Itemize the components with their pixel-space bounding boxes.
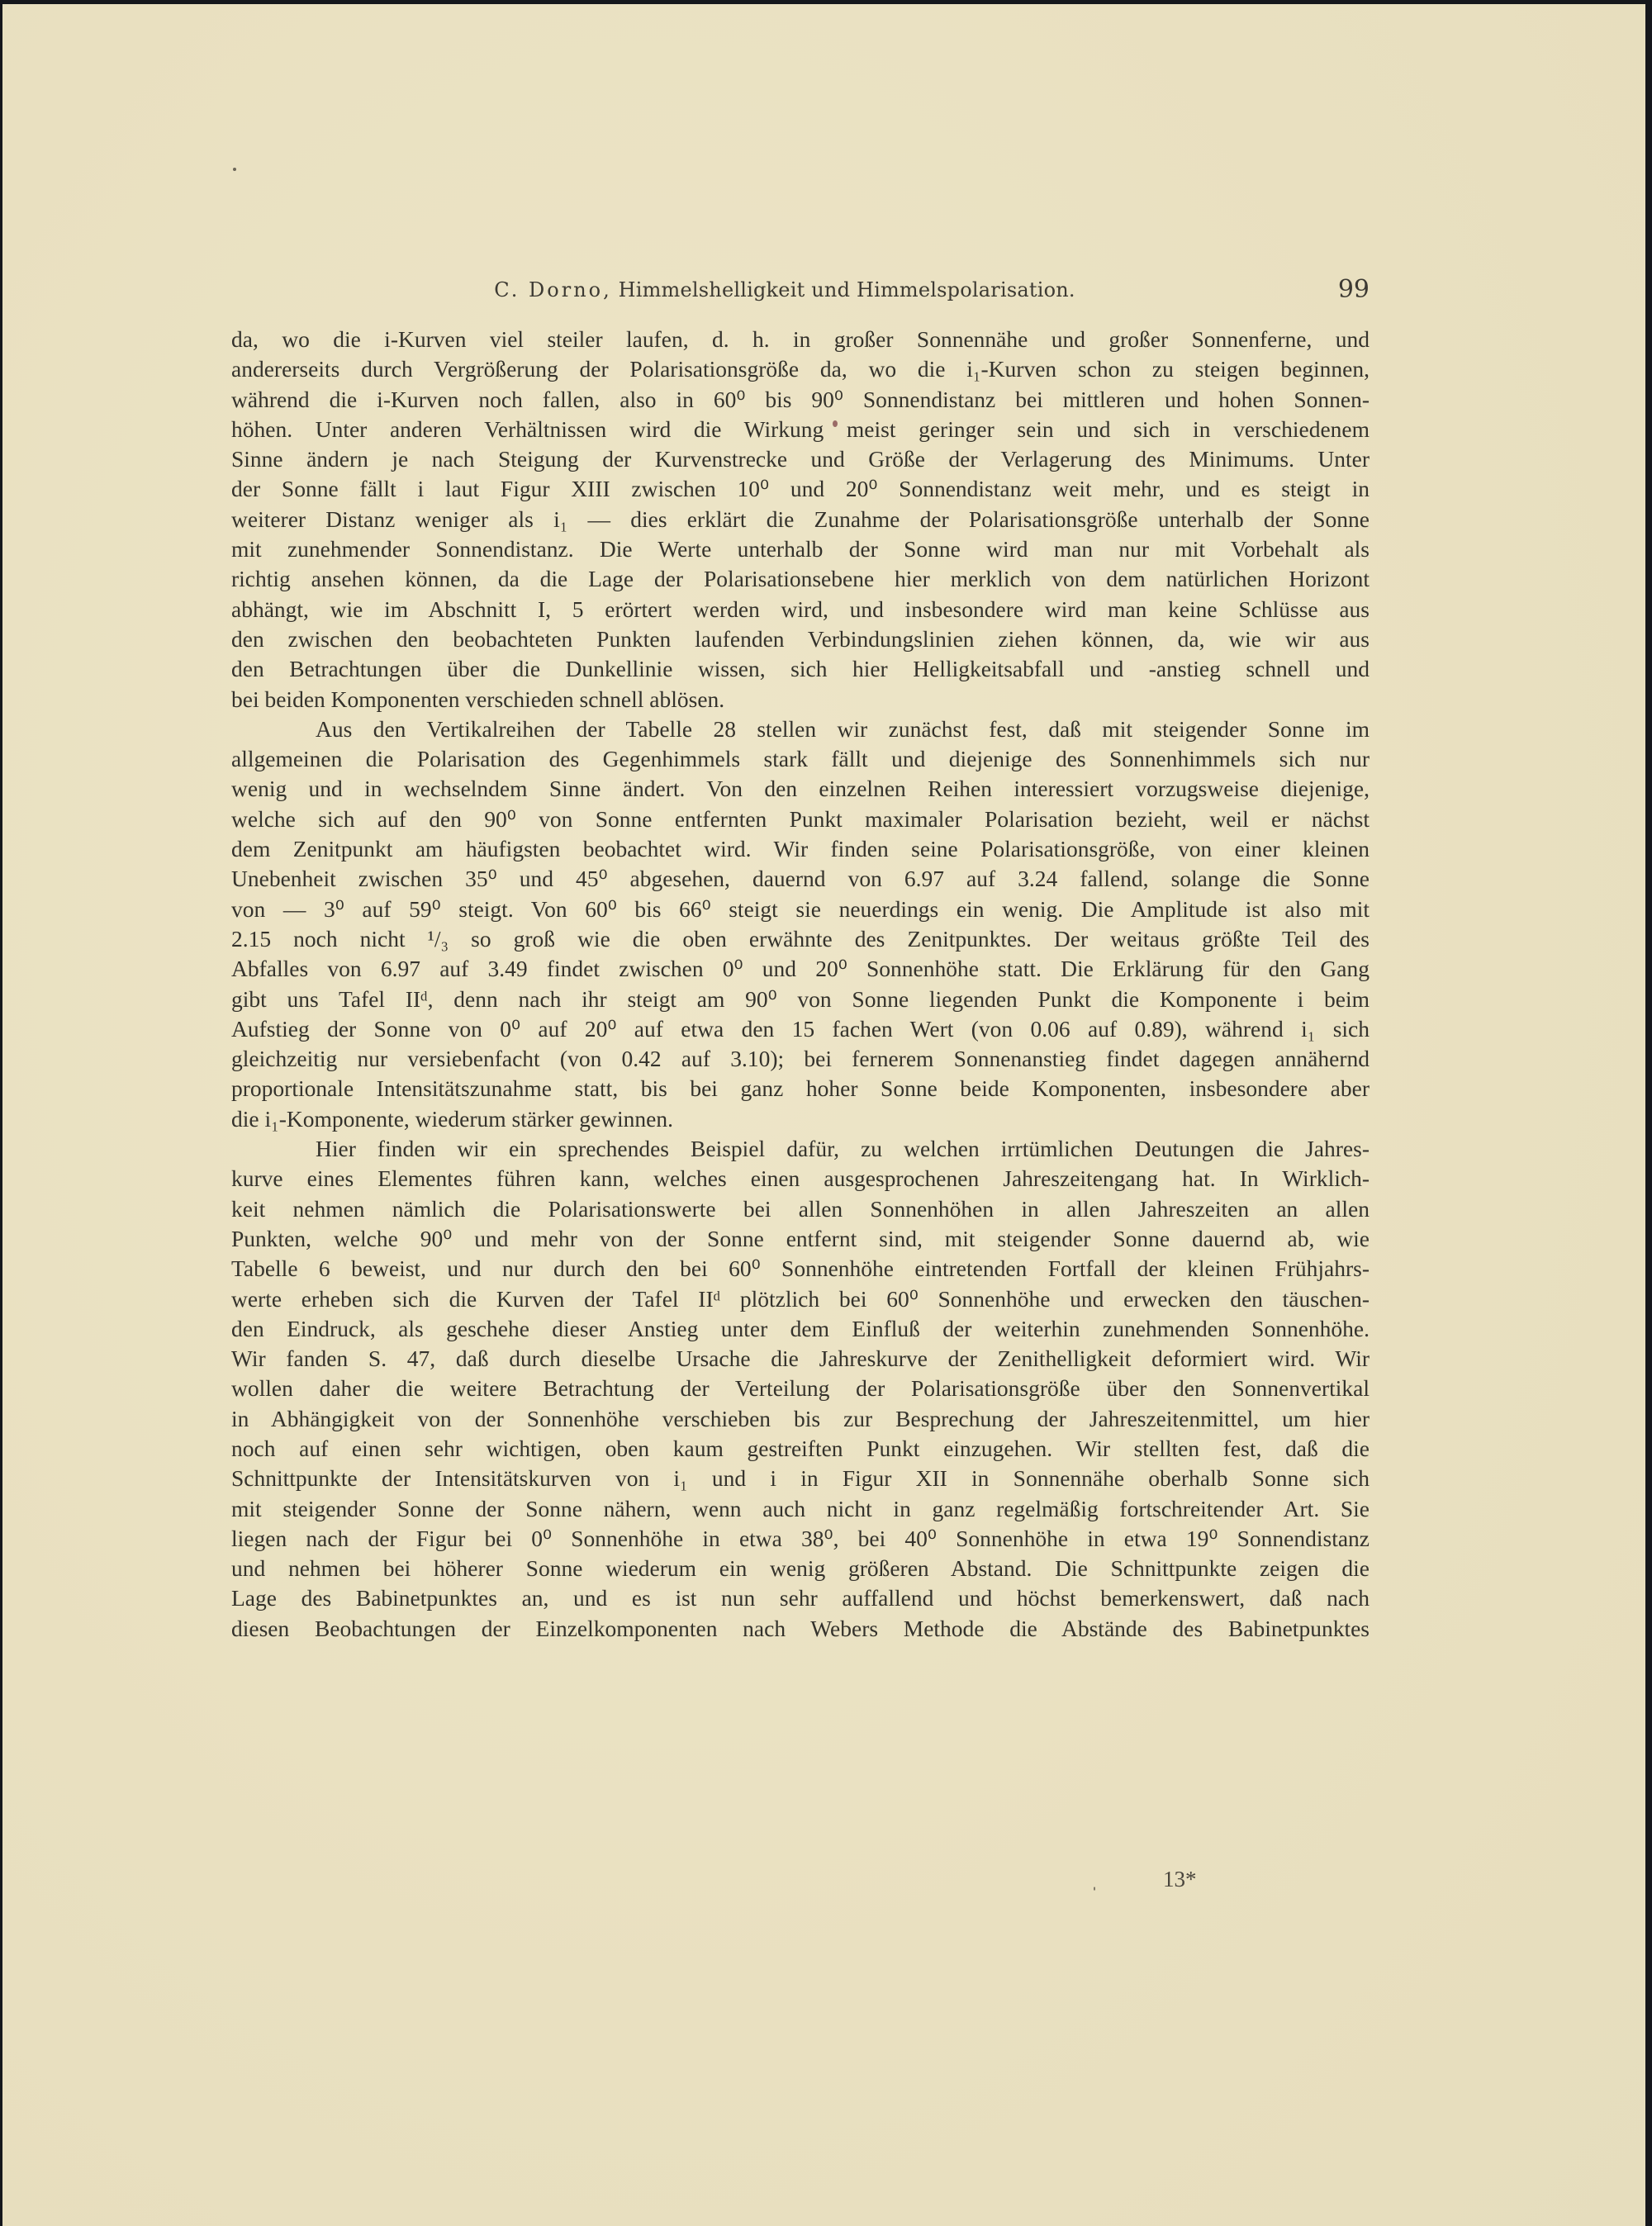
text-line: während die i-Kurven noch fallen, also i… bbox=[231, 385, 1370, 415]
text-line: liegen nach der Figur bei 0⁰ Sonnenhöhe … bbox=[231, 1524, 1370, 1554]
text-line: bei beiden Komponenten verschieden schne… bbox=[231, 685, 1370, 714]
text-line: wollen daher die weitere Betrachtung der… bbox=[231, 1374, 1370, 1403]
text-line: höhen. Unter anderen Verhältnissen wird … bbox=[231, 415, 1370, 444]
text-line: welche sich auf den 90⁰ von Sonne entfer… bbox=[231, 804, 1370, 834]
scanned-page: C. Dorno, Himmelshelligkeit und Himmelsp… bbox=[2, 4, 1645, 2226]
text-line: proportionale Intensitätszunahme statt, … bbox=[231, 1074, 1370, 1104]
text-line: abhängt, wie im Abschnitt I, 5 erörtert … bbox=[231, 595, 1370, 624]
text-line: werte erheben sich die Kurven der Tafel … bbox=[231, 1284, 1370, 1314]
text-line: Sinne ändern je nach Steigung der Kurven… bbox=[231, 444, 1370, 474]
text-line: richtig ansehen können, da die Lage der … bbox=[231, 564, 1370, 594]
text-line: weiterer Distanz weniger als i₁ — dies e… bbox=[231, 505, 1370, 534]
text-line: andererseits durch Vergrößerung der Pola… bbox=[231, 354, 1370, 384]
text-line: Schnittpunkte der Intensitätskurven von … bbox=[231, 1464, 1370, 1493]
text-line: 2.15 noch nicht ¹/₃ so groß wie die oben… bbox=[231, 924, 1370, 954]
header-title: Himmelshelligkeit und Himmelspolarisatio… bbox=[619, 278, 1075, 301]
ink-spot bbox=[833, 420, 838, 427]
text-line: kurve eines Elementes führen kann, welch… bbox=[231, 1164, 1370, 1194]
text-line: dem Zenitpunkt am häufigsten beobachtet … bbox=[231, 834, 1370, 864]
text-line: noch auf einen sehr wichtigen, oben kaum… bbox=[231, 1434, 1370, 1464]
text-line: Unebenheit zwischen 35⁰ und 45⁰ abgesehe… bbox=[231, 864, 1370, 894]
running-title: C. Dorno, Himmelshelligkeit und Himmelsp… bbox=[231, 278, 1338, 301]
text-line: gibt uns Tafel IIᵈ, denn nach ihr steigt… bbox=[231, 985, 1370, 1014]
text-line: Lage des Babinetpunktes an, und es ist n… bbox=[231, 1583, 1370, 1613]
text-line: Punkten, welche 90⁰ und mehr von der Son… bbox=[231, 1224, 1370, 1254]
text-line: in Abhängigkeit von der Sonnenhöhe versc… bbox=[231, 1404, 1370, 1434]
signature-mark: 13* bbox=[1163, 1867, 1197, 1892]
text-line: Aus den Vertikalreihen der Tabelle 28 st… bbox=[231, 714, 1370, 744]
text-line: den Eindruck, als geschehe dieser Anstie… bbox=[231, 1314, 1370, 1344]
text-line: Hier finden wir ein sprechendes Beispiel… bbox=[231, 1134, 1370, 1164]
printer-mark: ˌ bbox=[1091, 1869, 1098, 1891]
header-author: C. Dorno, bbox=[494, 278, 611, 301]
text-line: Aufstieg der Sonne von 0⁰ auf 20⁰ auf et… bbox=[231, 1014, 1370, 1044]
text-line: allgemeinen die Polarisation des Gegenhi… bbox=[231, 744, 1370, 774]
text-line: Abfalles von 6.97 auf 3.49 findet zwisch… bbox=[231, 954, 1370, 984]
text-line: mit zunehmender Sonnendistanz. Die Werte… bbox=[231, 534, 1370, 564]
text-line: die i₁-Komponente, wiederum stärker gewi… bbox=[231, 1104, 1370, 1134]
text-line: und nehmen bei höherer Sonne wiederum ei… bbox=[231, 1554, 1370, 1583]
paper-speck bbox=[233, 168, 236, 171]
text-line: Wir fanden S. 47, daß durch dieselbe Urs… bbox=[231, 1344, 1370, 1374]
body-text: da, wo die i-Kurven viel steiler laufen,… bbox=[231, 325, 1370, 1644]
text-line: von — 3⁰ auf 59⁰ steigt. Von 60⁰ bis 66⁰… bbox=[231, 895, 1370, 924]
text-line: mit steigender Sonne der Sonne nähern, w… bbox=[231, 1494, 1370, 1524]
text-line: der Sonne fällt i laut Figur XIII zwisch… bbox=[231, 474, 1370, 504]
text-line: da, wo die i-Kurven viel steiler laufen,… bbox=[231, 325, 1370, 354]
text-line: den zwischen den beobachteten Punkten la… bbox=[231, 624, 1370, 654]
text-line: keit nehmen nämlich die Polarisationswer… bbox=[231, 1194, 1370, 1224]
text-line: den Betrachtungen über die Dunkellinie w… bbox=[231, 654, 1370, 684]
page-number: 99 bbox=[1338, 275, 1370, 304]
text-line: diesen Beobachtungen der Einzelkomponent… bbox=[231, 1614, 1370, 1644]
running-header: C. Dorno, Himmelshelligkeit und Himmelsp… bbox=[231, 273, 1370, 306]
text-line: gleichzeitig nur versiebenfacht (von 0.4… bbox=[231, 1044, 1370, 1074]
text-line: Tabelle 6 beweist, und nur durch den bei… bbox=[231, 1254, 1370, 1284]
text-line: wenig und in wechselndem Sinne ändert. V… bbox=[231, 774, 1370, 804]
